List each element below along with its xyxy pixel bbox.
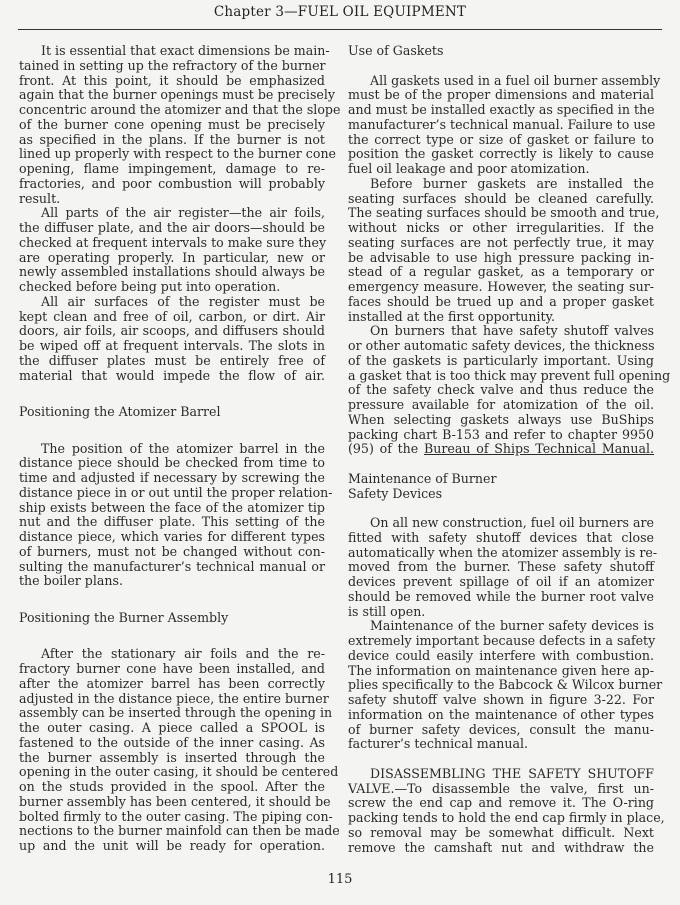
spacer xyxy=(348,457,654,472)
text-fragment: (95) of the xyxy=(348,441,424,456)
left-column: It is essential that exact dimensions be… xyxy=(19,44,325,854)
text-line: doors, air foils, air scoops, and diffus… xyxy=(19,324,325,339)
text-line: without nicks or other irregularities. I… xyxy=(348,221,654,236)
text-line: opening in the outer casing, it should b… xyxy=(19,765,325,780)
text-line: opening, flame impingement, damage to re… xyxy=(19,162,325,177)
text-line: the boiler plans. xyxy=(19,574,325,589)
text-line: extremely important because defects in a… xyxy=(348,634,654,649)
text-line: The information on maintenance given her… xyxy=(348,664,654,679)
text-line: position the gasket correctly is likely … xyxy=(348,147,654,162)
paragraph-gasket-thickness: On burners that have safety shutoff valv… xyxy=(348,324,654,457)
text-line: the burner assembly is inserted through … xyxy=(19,751,325,766)
paragraph-atomizer-position: The position of the atomizer barrel in t… xyxy=(19,442,325,590)
text-line: On burners that have safety shutoff valv… xyxy=(348,324,654,339)
spacer xyxy=(19,420,325,435)
text-line: newly assembled installations should alw… xyxy=(19,265,325,280)
text-line: distance piece in or out until the prope… xyxy=(19,486,325,501)
text-line: safety shutoff valve shown in figure 3-2… xyxy=(348,693,654,708)
paragraph-maintenance-importance: Maintenance of the burner safety devices… xyxy=(348,619,654,752)
paragraph-dimensions: It is essential that exact dimensions be… xyxy=(19,44,325,206)
text-line: nut and the diffuser plate. This setting… xyxy=(19,515,325,530)
spacer xyxy=(348,501,654,516)
text-line: of the burner cone opening must be preci… xyxy=(19,118,325,133)
text-line: All parts of the air register—the air fo… xyxy=(19,206,325,221)
text-line: on the studs provided in the spool. Afte… xyxy=(19,780,325,795)
spacer xyxy=(19,383,325,398)
text-line: a gasket that is too thick may prevent f… xyxy=(348,369,654,384)
text-line: distance piece, which varies for differe… xyxy=(19,530,325,545)
text-line: VALVE.—To disassemble the valve, first u… xyxy=(348,782,654,797)
paragraph-gaskets-dimensions: All gaskets used in a fuel oil burner as… xyxy=(348,74,654,177)
text-line: plies specifically to the Babcock & Wilc… xyxy=(348,678,654,693)
manual-reference-underlined: Bureau of Ships Technical Manual. xyxy=(424,441,654,456)
text-line: On all new construction, fuel oil burner… xyxy=(348,516,654,531)
text-line: tained in setting up the refractory of t… xyxy=(19,59,325,74)
text-line: are operating properly. In particular, n… xyxy=(19,251,325,266)
paragraph-burner-assembly: After the stationary air foils and the r… xyxy=(19,647,325,854)
text-line: screw the end cap and remove it. The O-r… xyxy=(348,796,654,811)
text-line: checked before being put into operation. xyxy=(19,280,325,295)
text-line: so removal may be somewhat difficult. Ne… xyxy=(348,826,654,841)
text-line: After the stationary air foils and the r… xyxy=(19,647,325,662)
paragraph-seating-surfaces: Before burner gaskets are installed the … xyxy=(348,177,654,325)
text-line: All gaskets used in a fuel oil burner as… xyxy=(348,74,654,89)
text-line: installed at the first opportunity. xyxy=(348,310,654,325)
text-line: bolted firmly to the outer casing. The p… xyxy=(19,810,325,825)
text-line: assembly can be inserted through the ope… xyxy=(19,706,325,721)
text-line: checked at frequent intervals to make su… xyxy=(19,236,325,251)
text-line: lined up properly with respect to the bu… xyxy=(19,147,325,162)
text-line: Before burner gaskets are installed the xyxy=(348,177,654,192)
text-line: up and the unit will be ready for operat… xyxy=(19,839,325,854)
paragraph-air-register: All parts of the air register—the air fo… xyxy=(19,206,325,295)
text-line: of burners, must not be changed without … xyxy=(19,545,325,560)
text-line: DISASSEMBLING THE SAFETY SHUTOFF xyxy=(348,767,654,782)
text-line: after the atomizer barrel has been corre… xyxy=(19,677,325,692)
text-line: device could easily interfere with combu… xyxy=(348,649,654,664)
text-line: All air surfaces of the register must be xyxy=(19,295,325,310)
spacer xyxy=(348,59,654,74)
text-line: distance piece should be checked from ti… xyxy=(19,456,325,471)
text-line: burner assembly has been centered, it sh… xyxy=(19,795,325,810)
spacer xyxy=(19,589,325,604)
text-line: stead of a regular gasket, as a temporar… xyxy=(348,265,654,280)
text-line: It is essential that exact dimensions be… xyxy=(19,44,325,59)
text-line: automatically when the atomizer assembly… xyxy=(348,546,654,561)
text-line: again that the burner openings must be p… xyxy=(19,88,325,103)
text-line: The seating surfaces should be smooth an… xyxy=(348,206,654,221)
text-line: and must be installed exactly as specifi… xyxy=(348,103,654,118)
text-line: pressure available for atomization of th… xyxy=(348,398,654,413)
text-line: seating surfaces should be cleaned caref… xyxy=(348,192,654,207)
text-line: sulting the manufacturer’s technical man… xyxy=(19,560,325,575)
text-line: of the gaskets is particularly important… xyxy=(348,354,654,369)
text-line: fractories, and poor combustion will pro… xyxy=(19,177,325,192)
paragraph-air-surfaces: All air surfaces of the register must be… xyxy=(19,295,325,384)
text-line: nections to the burner mainfold can then… xyxy=(19,824,325,839)
section-heading-atomizer-barrel: Positioning the Atomizer Barrel xyxy=(19,405,325,420)
text-line: of the safety check valve and thus reduc… xyxy=(348,383,654,398)
text-line: moved from the burner. These safety shut… xyxy=(348,560,654,575)
spacer xyxy=(19,626,325,641)
text-line: fuel oil leakage and poor atomization. xyxy=(348,162,654,177)
text-line: ship exists between the face of the atom… xyxy=(19,501,325,516)
text-line: The position of the atomizer barrel in t… xyxy=(19,442,325,457)
text-line: front. At this point, it should be empha… xyxy=(19,74,325,89)
text-line: manufacturer’s technical manual. Failure… xyxy=(348,118,654,133)
text-line: be advisable to use high pressure packin… xyxy=(348,251,654,266)
section-heading-use-of-gaskets: Use of Gaskets xyxy=(348,44,654,59)
text-line: material that would impede the flow of a… xyxy=(19,369,325,384)
text-line: be wiped off at frequent intervals. The … xyxy=(19,339,325,354)
text-line: the correct type or size of gasket or fa… xyxy=(348,133,654,148)
spacer xyxy=(348,752,654,767)
text-line: must be of the proper dimensions and mat… xyxy=(348,88,654,103)
paragraph-disassembling-valve: DISASSEMBLING THE SAFETY SHUTOFF VALVE.—… xyxy=(348,767,654,856)
text-line: (95) of the Bureau of Ships Technical Ma… xyxy=(348,442,654,457)
text-line: adjusted in the distance piece, the enti… xyxy=(19,692,325,707)
text-line: should be removed while the burner root … xyxy=(348,590,654,605)
text-line: packing tends to hold the end cap firmly… xyxy=(348,811,654,826)
running-header: Chapter 3—FUEL OIL EQUIPMENT xyxy=(0,4,680,20)
header-rule xyxy=(18,29,662,30)
text-line: faces should be trued up and a proper ga… xyxy=(348,295,654,310)
text-line: the outer casing. A piece called a SPOOL… xyxy=(19,721,325,736)
text-line: remove the camshaft nut and withdraw the xyxy=(348,841,654,856)
section-heading-maintenance-line2: Safety Devices xyxy=(348,487,654,502)
text-line: the diffuser plate, and the air doors—sh… xyxy=(19,221,325,236)
text-line: information on the maintenance of other … xyxy=(348,708,654,723)
text-line: of burner safety devices, consult the ma… xyxy=(348,723,654,738)
text-line: packing chart B-153 and refer to chapter… xyxy=(348,428,654,443)
page-number: 115 xyxy=(0,872,680,887)
text-line: facturer’s technical manual. xyxy=(348,737,654,752)
text-line: fastened to the outside of the inner cas… xyxy=(19,736,325,751)
text-line: emergency measure. However, the seating … xyxy=(348,280,654,295)
text-line: fitted with safety shutoff devices that … xyxy=(348,531,654,546)
section-heading-burner-assembly: Positioning the Burner Assembly xyxy=(19,611,325,626)
text-line: the diffuser plates must be entirely fre… xyxy=(19,354,325,369)
text-line: result. xyxy=(19,192,325,207)
text-line: is still open. xyxy=(348,605,654,620)
text-line: time and adjusted if necessary by screwi… xyxy=(19,471,325,486)
text-line: devices prevent spillage of oil if an at… xyxy=(348,575,654,590)
text-line: concentric around the atomizer and that … xyxy=(19,103,325,118)
text-line: kept clean and free of oil, carbon, or d… xyxy=(19,310,325,325)
text-line: or other automatic safety devices, the t… xyxy=(348,339,654,354)
text-line: as specified in the plans. If the burner… xyxy=(19,133,325,148)
text-line: seating surfaces are not perfectly true,… xyxy=(348,236,654,251)
paragraph-new-construction: On all new construction, fuel oil burner… xyxy=(348,516,654,619)
text-line: fractory burner cone have been installed… xyxy=(19,662,325,677)
section-heading-maintenance-line1: Maintenance of Burner xyxy=(348,472,654,487)
text-line: When selecting gaskets always use BuShip… xyxy=(348,413,654,428)
text-line: Maintenance of the burner safety devices… xyxy=(348,619,654,634)
right-column: Use of Gaskets All gaskets used in a fue… xyxy=(348,44,654,855)
